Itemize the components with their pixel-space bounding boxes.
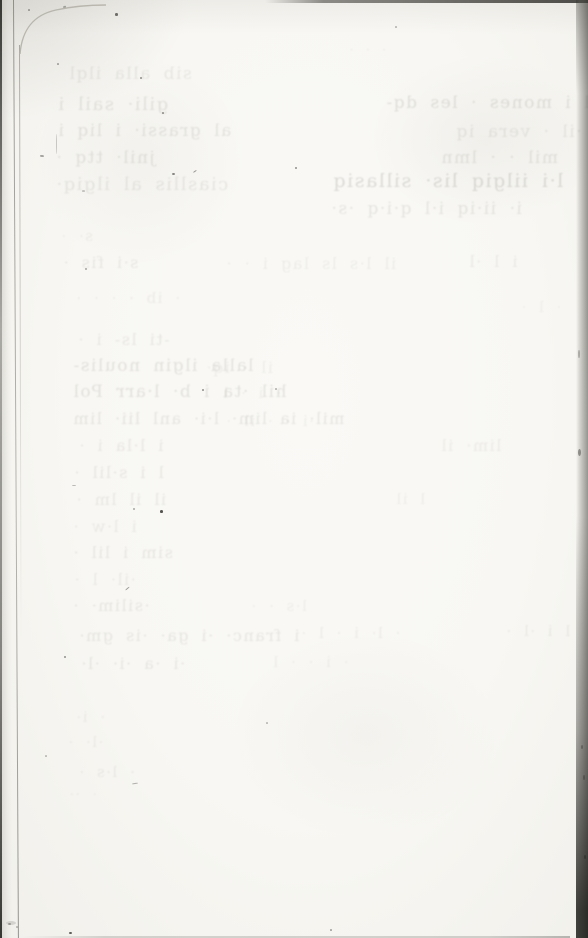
bleedthrough-fragment: -ti ls- i · [77,332,170,348]
foxing-speck [45,755,47,757]
bleedthrough-fragment: il il lm · [75,492,166,508]
paper-mottle [230,630,500,840]
foxing-speck [125,587,130,591]
bleedthrough-fragment: sim i lil · [72,545,173,561]
foxing-speck [132,783,138,785]
bleedthrough-fragment: mil· ia lim· l·i· anl lii· lim [72,411,344,427]
scanned-page: sib alla ilql· · ·gili· sail il·ogil i m… [0,0,588,938]
bleedthrough-fragment: l il [395,492,425,507]
paper-mottle [370,55,588,225]
scan-top-edge [265,0,588,3]
bleedthrough-fragment: lalla ilgin noulis- [72,358,254,375]
bleedthrough-fragment: i l·w · [72,519,137,535]
page-right-edge-shadow [576,0,588,938]
bleedthrough-fragment: · i · l [222,386,281,401]
bleedthrough-fragment: i l ·l [468,254,518,270]
bleedthrough-fragment: · l · [520,300,561,315]
foxing-speck [85,268,87,270]
foxing-speck [330,929,332,931]
foxing-speck [64,656,66,658]
bleedthrough-fragment: ·l· · [67,735,103,750]
bleedthrough-fragment: ·il· l · [73,572,136,588]
bleedthrough-fragment: ·i ·a ·i· ·l· [80,656,185,672]
foxing-speck [133,508,135,510]
bleedthrough-fragment: lim· il [440,438,501,454]
bleedthrough-fragment: ·i · · il · [225,414,314,429]
foxing-speck [72,485,76,486]
foxing-speck [295,167,297,169]
corner-fold-curve [0,0,130,60]
page-crease-line [13,0,19,938]
bleedthrough-fragment: ·silim· · [72,598,150,614]
bleedthrough-fragment: il · iq· [205,360,273,376]
foxing-speck [69,932,72,934]
page-fold-line [19,45,22,645]
bleedthrough-fragment: i l·la i · [78,438,163,454]
page-left-margin-shade [2,0,12,938]
bleedthrough-fragment: · · · [348,44,386,57]
bleedthrough-fragment: · ib · · · · [75,291,180,306]
bleedthrough-fragment: · l·s · [78,765,135,780]
bleedthrough-fragment: l i ·l · [505,624,570,639]
bleedthrough-fragment: l·s · · [250,599,307,614]
bleedthrough-fragment: · i· [75,710,105,725]
bleedthrough-fragment: · ·· [68,788,97,802]
scan-bottom-edge [22,936,570,938]
bleedthrough-fragment: hil ·ta i b· l·arr Pol [72,384,287,401]
bleedthrough-fragment: i franc· ·i ga· ·is gm· [78,628,300,644]
bleedthrough-fragment: il l·s ls lag i · · [225,256,396,272]
foxing-speck [202,389,204,391]
bleedthrough-fragment: l i s·lil · [73,465,164,481]
foxing-speck [160,510,163,513]
foxing-speck [275,388,277,390]
